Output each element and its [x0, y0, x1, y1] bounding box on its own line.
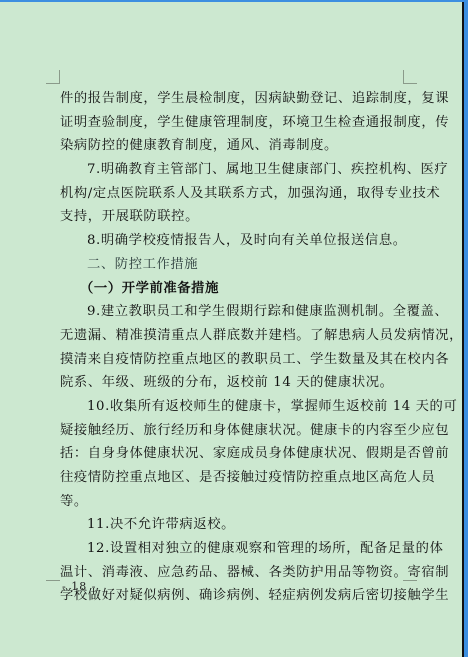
text-line: 件的报告制度，学生晨检制度，因病缺勤登记、追踪制度，复课 — [60, 87, 402, 111]
window-scrollbar-edge[interactable] — [464, 0, 468, 657]
text-line-item-11: 11.决不允许带病返校。 — [60, 513, 402, 537]
section-heading: 二、防控工作措施 — [60, 253, 402, 277]
text-line: 无遗漏、精准摸清重点人群底数并建档。了解患病人员发病情况， — [60, 324, 402, 348]
text-line: 往疫情防控重点地区、是否接触过疫情防控重点地区高危人员 — [60, 466, 402, 490]
text-line: 括：自身身体健康状况、家庭成员身体健康状况、假期是否曾前 — [60, 442, 402, 466]
text-line: 支持，开展联防联控。 — [60, 205, 402, 229]
text-line: 机构/定点医院联系人及其联系方式，加强沟通，取得专业技术 — [60, 182, 402, 206]
crop-mark-bottom-left — [46, 580, 60, 581]
text-line-item-12: 12.设置相对独立的健康观察和管理的场所，配备足量的体 — [60, 537, 402, 561]
text-line: 染病防控的健康教育制度，通风、消毒制度。 — [60, 134, 402, 158]
text-line: 等。 — [60, 490, 402, 514]
text-line: 证明查验制度，学生健康管理制度，环境卫生检查通报制度，传 — [60, 111, 402, 135]
window-top-border — [0, 0, 468, 2]
crop-mark-top-left — [46, 70, 60, 84]
text-line: 摸清来自疫情防控重点地区的教职员工、学生数量及其在校内各 — [60, 348, 402, 372]
document-body[interactable]: 件的报告制度，学生晨检制度，因病缺勤登记、追踪制度，复课 证明查验制度，学生健康… — [60, 87, 402, 608]
text-line-item-9: 9.建立教职员工和学生假期行踪和健康监测机制。全覆盖、 — [60, 300, 402, 324]
text-line: 院系、年级、班级的分布，返校前 14 天的健康状况。 — [60, 371, 402, 395]
text-line-item-8: 8.明确学校疫情报告人，及时向有关单位报送信息。 — [60, 229, 402, 253]
crop-mark-bottom-right — [403, 580, 417, 581]
page-number: - 18 - — [62, 580, 96, 593]
text-line-item-7: 7.明确教育主管部门、属地卫生健康部门、疾控机构、医疗 — [60, 158, 402, 182]
crop-mark-top-right — [403, 70, 417, 84]
text-line: 疑接触经历、旅行经历和身体健康状况。健康卡的内容至少应包 — [60, 419, 402, 443]
subsection-heading: （一）开学前准备措施 — [60, 277, 402, 301]
text-line-item-10: 10.收集所有返校师生的健康卡，掌握师生返校前 14 天的可 — [60, 395, 402, 419]
text-line: 学校做好对疑似病例、确诊病例、轻症病例发病后密切接触学生 — [60, 584, 402, 608]
text-line: 温计、消毒液、应急药品、器械、各类防护用品等物资。寄宿制 — [60, 561, 402, 585]
